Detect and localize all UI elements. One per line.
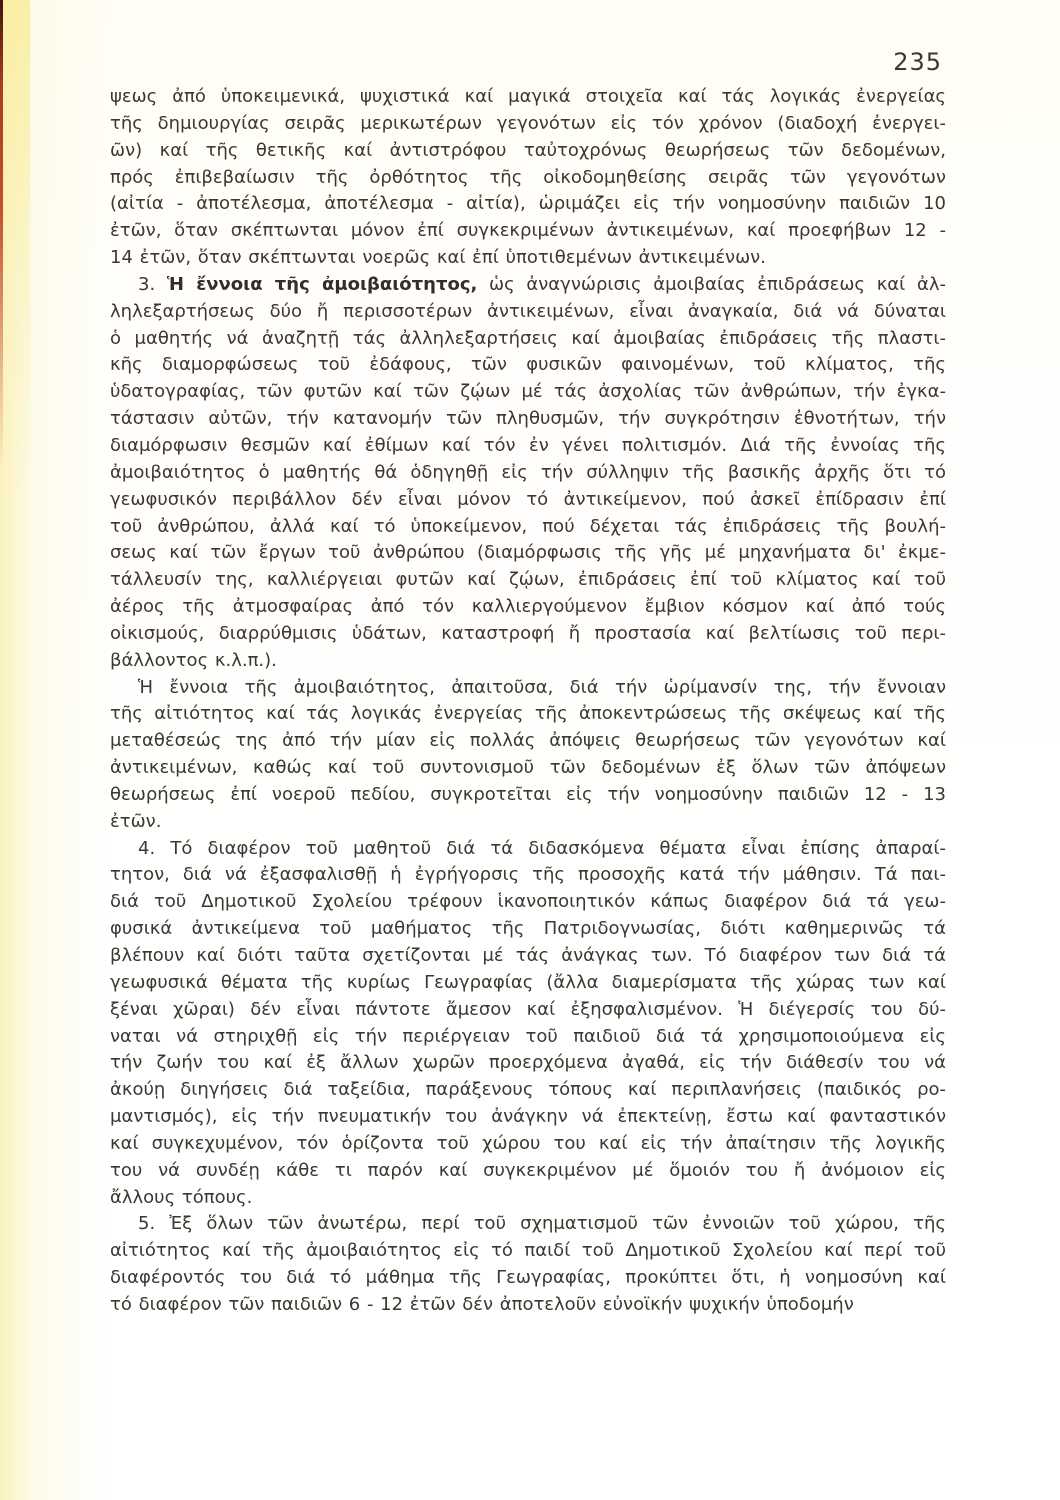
- text-line: του νά συνδέῃ κάθε τι παρόν καί συγκεκρι…: [110, 1158, 946, 1185]
- text-line: 3. Ἡ ἔννοια τῆς ἀμοιβαιότητος, ὡς ἀναγνώ…: [110, 272, 946, 299]
- text-line: γεωφυσικά θέματα τῆς κυρίως Γεωγραφίας (…: [110, 970, 946, 997]
- text-run: μαντισμός), εἰς τήν πνευματικήν του ἀνάγ…: [110, 1106, 946, 1127]
- text-run: τό διαφέρον τῶν παιδιῶν 6 - 12 ἐτῶν δέν …: [110, 1294, 854, 1315]
- text-line: τῆς δημιουργίας σειρᾶς μερικωτέρων γεγον…: [110, 111, 946, 138]
- text-line: βάλλοντος κ.λ.π.).: [110, 648, 946, 675]
- text-line: οἰκισμούς, διαρρύθμισις ὑδάτων, καταστρο…: [110, 621, 946, 648]
- text-line: φυσικά ἀντικείμενα τοῦ μαθήματος τῆς Πατ…: [110, 916, 946, 943]
- text-line: ὑδατογραφίας, τῶν φυτῶν καί τῶν ζῴων μέ …: [110, 379, 946, 406]
- text-run: τάλλευσίν της, καλλιέργειαι φυτῶν καί ζῴ…: [110, 569, 946, 590]
- text-run: τῆς αἰτιότητος καί τάς λογικάς ἐνεργείας…: [110, 703, 946, 724]
- text-line: τητον, διά νά ἐξασφαλισθῇ ἡ ἐγρήγορσις τ…: [110, 862, 946, 889]
- page-edge-tint: [0, 0, 30, 520]
- text-line: 4. Τό διαφέρον τοῦ μαθητοῦ διά τά διδασκ…: [110, 836, 946, 863]
- text-run: τήν ζωήν του καί ἐξ ἄλλων χωρῶν προερχόμ…: [110, 1052, 946, 1073]
- text-run: διαφέροντός του διά τό μάθημα τῆς Γεωγρα…: [110, 1267, 946, 1288]
- text-line: κῆς διαμορφώσεως τοῦ ἐδάφους, τῶν φυσικῶ…: [110, 352, 946, 379]
- text-line: ἄλλους τόπους.: [110, 1185, 946, 1212]
- text-line: σεως καί τῶν ἔργων τοῦ ἀνθρώπου (διαμόρφ…: [110, 540, 946, 567]
- paragraph: Ἡ ἔννοια τῆς ἀμοιβαιότητος, ἀπαιτοῦσα, δ…: [110, 675, 946, 836]
- text-run: τητον, διά νά ἐξασφαλισθῇ ἡ ἐγρήγορσις τ…: [110, 864, 946, 885]
- text-run: 14 ἐτῶν, ὅταν σκέπτωνται νοερῶς καί ἐπί …: [110, 247, 766, 268]
- text-run: 3.: [138, 274, 167, 295]
- book-page: 235 ψεως ἀπό ὑποκειμενικά, ψυχιστικά καί…: [0, 0, 1060, 1500]
- text-run: ῶν) καί τῆς θετικῆς καί ἀντιστρόφου ταὐτ…: [110, 140, 946, 161]
- text-run: ἐτῶν, ὅταν σκέπτωνται μόνον ἐπί συγκεκρι…: [110, 220, 946, 241]
- text-run: ἀντικειμένων, καθώς καί τοῦ συντονισμοῦ …: [110, 757, 946, 778]
- text-run: φυσικά ἀντικείμενα τοῦ μαθήματος τῆς Πατ…: [110, 918, 946, 939]
- text-run: καί συγκεχυμένον, τόν ὁρίζοντα τοῦ χώρου…: [110, 1133, 946, 1154]
- text-run: οἰκισμούς, διαρρύθμισις ὑδάτων, καταστρο…: [110, 623, 946, 644]
- text-run: ἀκούῃ διηγήσεις διά ταξείδια, παράξενους…: [110, 1079, 946, 1100]
- text-run: βλέπουν καί διότι ταῦτα σχετίζονται μέ τ…: [110, 945, 946, 966]
- text-run: ὡς ἀναγνώρισις ἀμοιβαίας ἐπιδράσεως καί …: [477, 274, 946, 295]
- text-run: θεωρήσεως ἐπί νοεροῦ πεδίου, συγκροτεῖτα…: [110, 784, 946, 805]
- text-line: καί συγκεχυμένον, τόν ὁρίζοντα τοῦ χώρου…: [110, 1131, 946, 1158]
- text-line: 5. Ἐξ ὅλων τῶν ἀνωτέρω, περί τοῦ σχηματι…: [110, 1211, 946, 1238]
- text-run: σεως καί τῶν ἔργων τοῦ ἀνθρώπου (διαμόρφ…: [110, 542, 946, 563]
- text-line: Ἡ ἔννοια τῆς ἀμοιβαιότητος, ἀπαιτοῦσα, δ…: [110, 675, 946, 702]
- paragraph: 3. Ἡ ἔννοια τῆς ἀμοιβαιότητος, ὡς ἀναγνώ…: [110, 272, 946, 675]
- text-run: ἄλλους τόπους.: [110, 1187, 252, 1208]
- text-line: 14 ἐτῶν, ὅταν σκέπτωνται νοερῶς καί ἐπί …: [110, 245, 946, 272]
- text-line: ἐτῶν.: [110, 809, 946, 836]
- text-run: ὁ μαθητής νά ἀναζητῇ τάς ἀλληλεξαρτήσεις…: [110, 328, 946, 349]
- text-line: ἀντικειμένων, καθώς καί τοῦ συντονισμοῦ …: [110, 755, 946, 782]
- text-line: τό διαφέρον τῶν παιδιῶν 6 - 12 ἐτῶν δέν …: [110, 1292, 946, 1319]
- text-run: πρός ἐπιβεβαίωσιν τῆς ὀρθότητος τῆς οἰκο…: [110, 167, 946, 188]
- text-block: ψεως ἀπό ὑποκειμενικά, ψυχιστικά καί μαγ…: [110, 84, 946, 1319]
- text-run: γεωφυσικά θέματα τῆς κυρίως Γεωγραφίας (…: [110, 972, 946, 993]
- text-line: ἐτῶν, ὅταν σκέπτωνται μόνον ἐπί συγκεκρι…: [110, 218, 946, 245]
- text-run: ὑδατογραφίας, τῶν φυτῶν καί τῶν ζῴων μέ …: [110, 381, 946, 402]
- page-number: 235: [893, 48, 942, 76]
- paragraph: 5. Ἐξ ὅλων τῶν ἀνωτέρω, περί τοῦ σχηματι…: [110, 1211, 946, 1318]
- text-line: ξέναι χῶραι) δέν εἶναι πάντοτε ἄμεσον κα…: [110, 997, 946, 1024]
- paragraph: ψεως ἀπό ὑποκειμενικά, ψυχιστικά καί μαγ…: [110, 84, 946, 272]
- text-run: τάστασιν αὐτῶν, τήν κατανομήν τῶν πληθυσ…: [110, 408, 946, 429]
- text-run: ξέναι χῶραι) δέν εἶναι πάντοτε ἄμεσον κα…: [110, 999, 946, 1020]
- text-line: ἀμοιβαιότητος ὁ μαθητής θά ὁδηγηθῇ εἰς τ…: [110, 460, 946, 487]
- text-line: ναται νά στηριχθῇ εἰς τήν περιέργειαν το…: [110, 1024, 946, 1051]
- text-run: 5. Ἐξ ὅλων τῶν ἀνωτέρω, περί τοῦ σχηματι…: [138, 1213, 946, 1234]
- text-line: τοῦ ἀνθρώπου, ἀλλά καί τό ὑποκείμενον, π…: [110, 514, 946, 541]
- text-line: τάλλευσίν της, καλλιέργειαι φυτῶν καί ζῴ…: [110, 567, 946, 594]
- text-run: ληλεξαρτήσεως δύο ἤ περισσοτέρων ἀντικει…: [110, 301, 946, 322]
- text-run: 4. Τό διαφέρον τοῦ μαθητοῦ διά τά διδασκ…: [138, 838, 946, 859]
- text-line: τῆς αἰτιότητος καί τάς λογικάς ἐνεργείας…: [110, 701, 946, 728]
- text-run: βάλλοντος κ.λ.π.).: [110, 650, 277, 671]
- text-line: διά τοῦ Δημοτικοῦ Σχολείου τρέφουν ἱκανο…: [110, 889, 946, 916]
- text-line: διαφέροντός του διά τό μάθημα τῆς Γεωγρα…: [110, 1265, 946, 1292]
- text-run: διά τοῦ Δημοτικοῦ Σχολείου τρέφουν ἱκανο…: [110, 891, 946, 912]
- text-run: ἀμοιβαιότητος ὁ μαθητής θά ὁδηγηθῇ εἰς τ…: [110, 462, 946, 483]
- text-run: (αἰτία - ἀποτέλεσμα, ἀποτέλεσμα - αἰτία)…: [110, 193, 946, 214]
- text-run: ψεως ἀπό ὑποκειμενικά, ψυχιστικά καί μαγ…: [110, 86, 946, 107]
- paragraph: 4. Τό διαφέρον τοῦ μαθητοῦ διά τά διδασκ…: [110, 836, 946, 1212]
- text-line: μεταθέσεώς της ἀπό τήν μίαν εἰς πολλάς ἀ…: [110, 728, 946, 755]
- text-line: διαμόρφωσιν θεσμῶν καί ἐθίμων καί τόν ἐν…: [110, 433, 946, 460]
- text-line: ψεως ἀπό ὑποκειμενικά, ψυχιστικά καί μαγ…: [110, 84, 946, 111]
- text-run: τοῦ ἀνθρώπου, ἀλλά καί τό ὑποκείμενον, π…: [110, 516, 946, 537]
- text-line: ἀκούῃ διηγήσεις διά ταξείδια, παράξενους…: [110, 1077, 946, 1104]
- text-line: θεωρήσεως ἐπί νοεροῦ πεδίου, συγκροτεῖτα…: [110, 782, 946, 809]
- text-run: ναται νά στηριχθῇ εἰς τήν περιέργειαν το…: [110, 1026, 946, 1047]
- text-line: ῶν) καί τῆς θετικῆς καί ἀντιστρόφου ταὐτ…: [110, 138, 946, 165]
- text-run: ἐτῶν.: [110, 811, 161, 832]
- text-run: διαμόρφωσιν θεσμῶν καί ἐθίμων καί τόν ἐν…: [110, 435, 946, 456]
- text-line: γεωφυσικόν περιβάλλον δέν εἶναι μόνον τό…: [110, 487, 946, 514]
- text-line: ληλεξαρτήσεως δύο ἤ περισσοτέρων ἀντικει…: [110, 299, 946, 326]
- text-line: μαντισμός), εἰς τήν πνευματικήν του ἀνάγ…: [110, 1104, 946, 1131]
- text-run: μεταθέσεώς της ἀπό τήν μίαν εἰς πολλάς ἀ…: [110, 730, 946, 751]
- text-run: κῆς διαμορφώσεως τοῦ ἐδάφους, τῶν φυσικῶ…: [110, 354, 946, 375]
- text-run: Ἡ ἔννοια τῆς ἀμοιβαιότητος,: [167, 274, 477, 295]
- text-run: ἀέρος τῆς ἀτμοσφαίρας ἀπό τόν καλλιεργού…: [110, 596, 946, 617]
- text-run: αἰτιότητος καί τῆς ἀμοιβαιότητος εἰς τό …: [110, 1240, 946, 1261]
- binding-edge-line: [0, 0, 3, 470]
- text-line: βλέπουν καί διότι ταῦτα σχετίζονται μέ τ…: [110, 943, 946, 970]
- text-line: ὁ μαθητής νά ἀναζητῇ τάς ἀλληλεξαρτήσεις…: [110, 326, 946, 353]
- text-run: γεωφυσικόν περιβάλλον δέν εἶναι μόνον τό…: [110, 489, 946, 510]
- text-run: Ἡ ἔννοια τῆς ἀμοιβαιότητος, ἀπαιτοῦσα, δ…: [138, 677, 946, 698]
- text-line: ἀέρος τῆς ἀτμοσφαίρας ἀπό τόν καλλιεργού…: [110, 594, 946, 621]
- text-line: (αἰτία - ἀποτέλεσμα, ἀποτέλεσμα - αἰτία)…: [110, 191, 946, 218]
- text-run: του νά συνδέῃ κάθε τι παρόν καί συγκεκρι…: [110, 1160, 946, 1181]
- text-line: τάστασιν αὐτῶν, τήν κατανομήν τῶν πληθυσ…: [110, 406, 946, 433]
- text-run: τῆς δημιουργίας σειρᾶς μερικωτέρων γεγον…: [110, 113, 946, 134]
- text-line: πρός ἐπιβεβαίωσιν τῆς ὀρθότητος τῆς οἰκο…: [110, 165, 946, 192]
- text-line: τήν ζωήν του καί ἐξ ἄλλων χωρῶν προερχόμ…: [110, 1050, 946, 1077]
- text-line: αἰτιότητος καί τῆς ἀμοιβαιότητος εἰς τό …: [110, 1238, 946, 1265]
